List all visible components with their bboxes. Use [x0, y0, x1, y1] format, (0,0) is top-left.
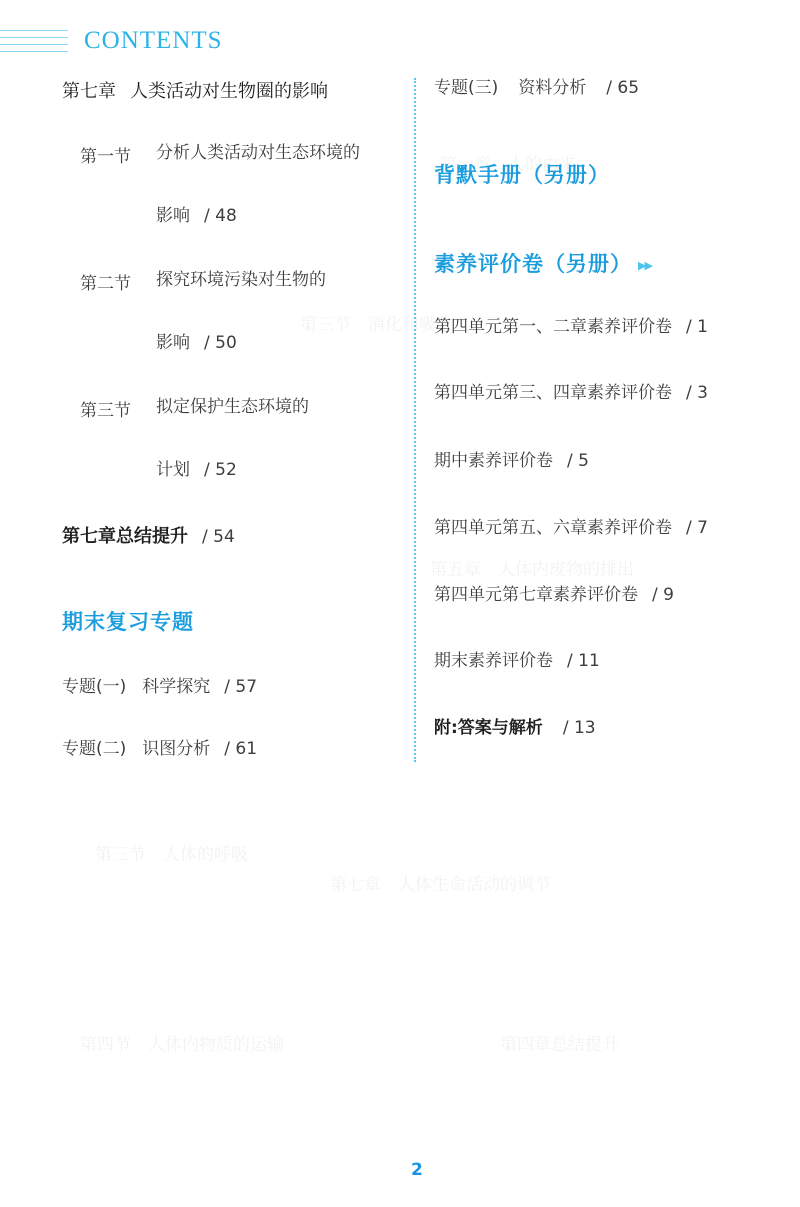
- header-decorative-lines: [0, 30, 68, 54]
- show-through-text: 第四节 人体内物质的运输: [80, 1030, 284, 1055]
- topic-title: 资料分析: [518, 78, 586, 98]
- chapter-title: 人类活动对生物圈的影响: [130, 81, 328, 102]
- page-ref: / 11: [567, 651, 600, 671]
- contents-title: CONTENTS: [84, 27, 223, 55]
- assessment-heading-text: 素养评价卷（另册）: [434, 251, 632, 276]
- section-label: 第二节: [80, 269, 131, 294]
- topic-entry[interactable]: 专题(一)科学探究/ 57: [62, 676, 257, 698]
- show-through-text: 第四章总结提升: [500, 1030, 619, 1055]
- show-through-text: 第七章 人体生命活动的调节: [330, 870, 551, 895]
- section-title-line2: 影响: [156, 206, 190, 226]
- show-through-text: 第五章 人体内废物的排出: [430, 555, 634, 580]
- page-ref: / 9: [652, 585, 674, 605]
- assessment-title: 第四单元第一、二章素养评价卷: [434, 317, 672, 337]
- topic-label: 专题(三): [434, 78, 498, 98]
- page-ref: / 65: [606, 78, 639, 98]
- page-ref: / 48: [204, 206, 237, 226]
- assessment-title: 第四单元第五、六章素养评价卷: [434, 518, 672, 538]
- summary-title: 第七章总结提升: [62, 526, 188, 547]
- page-ref: / 61: [224, 739, 257, 759]
- page-ref: / 5: [567, 451, 589, 471]
- page-number: 2: [411, 1160, 423, 1180]
- section-title-continued[interactable]: 计划/ 52: [156, 459, 237, 481]
- double-arrow-icon: ▶▶: [638, 259, 651, 272]
- section-title-line2: 影响: [156, 333, 190, 353]
- chapter-number: 第七章: [62, 81, 116, 102]
- topic-title: 识图分析: [142, 739, 210, 759]
- column-divider: [414, 78, 416, 762]
- topic-label: 专题(一): [62, 677, 126, 697]
- assessment-entry[interactable]: 期末素养评价卷/ 11: [434, 650, 600, 672]
- handbook-heading: 背默手册（另册）: [434, 159, 610, 189]
- page-ref: / 50: [204, 333, 237, 353]
- appendix-entry[interactable]: 附:答案与解析/ 13: [434, 717, 596, 739]
- page-ref: / 54: [202, 527, 235, 547]
- page-ref: / 57: [224, 677, 257, 697]
- section-title[interactable]: 分析人类活动对生态环境的: [156, 142, 360, 164]
- assessment-entry[interactable]: 第四单元第三、四章素养评价卷/ 3: [434, 382, 708, 404]
- page-ref: / 13: [563, 718, 596, 738]
- topic-label: 专题(二): [62, 739, 126, 759]
- assessment-title: 第四单元第三、四章素养评价卷: [434, 383, 672, 403]
- page-ref: / 3: [686, 383, 708, 403]
- show-through-text: 第三节 消化和吸收: [300, 310, 453, 335]
- topic-entry[interactable]: 专题(二)识图分析/ 61: [62, 738, 257, 760]
- assessment-heading: 素养评价卷（另册）▶▶: [434, 248, 651, 278]
- section-title-continued[interactable]: 影响/ 48: [156, 205, 237, 227]
- assessment-title: 期中素养评价卷: [434, 451, 553, 471]
- section-title[interactable]: 拟定保护生态环境的: [156, 396, 309, 418]
- page-ref: / 1: [686, 317, 708, 337]
- show-through-text: 第三节 人体的呼吸: [95, 840, 248, 865]
- section-label: 第一节: [80, 142, 131, 167]
- section-title-continued[interactable]: 影响/ 50: [156, 332, 237, 354]
- assessment-entry[interactable]: 期中素养评价卷/ 5: [434, 450, 589, 472]
- assessment-title: 期末素养评价卷: [434, 651, 553, 671]
- section-title[interactable]: 探究环境污染对生物的: [156, 269, 326, 291]
- review-heading: 期末复习专题: [62, 606, 194, 636]
- assessment-entry[interactable]: 第四单元第一、二章素养评价卷/ 1: [434, 316, 708, 338]
- section-title-line2: 计划: [156, 460, 190, 480]
- page-ref: / 7: [686, 518, 708, 538]
- assessment-entry[interactable]: 第四单元第七章素养评价卷/ 9: [434, 584, 674, 606]
- appendix-title: 附:答案与解析: [434, 718, 543, 738]
- chapter-summary-entry[interactable]: 第七章总结提升/ 54: [62, 522, 235, 548]
- page-ref: / 52: [204, 460, 237, 480]
- topic-entry[interactable]: 专题(三)资料分析/ 65: [434, 77, 639, 99]
- chapter-heading[interactable]: 第七章人类活动对生物圈的影响: [62, 77, 328, 103]
- assessment-title: 第四单元第七章素养评价卷: [434, 585, 638, 605]
- section-label: 第三节: [80, 396, 131, 421]
- assessment-entry[interactable]: 第四单元第五、六章素养评价卷/ 7: [434, 517, 708, 539]
- topic-title: 科学探究: [142, 677, 210, 697]
